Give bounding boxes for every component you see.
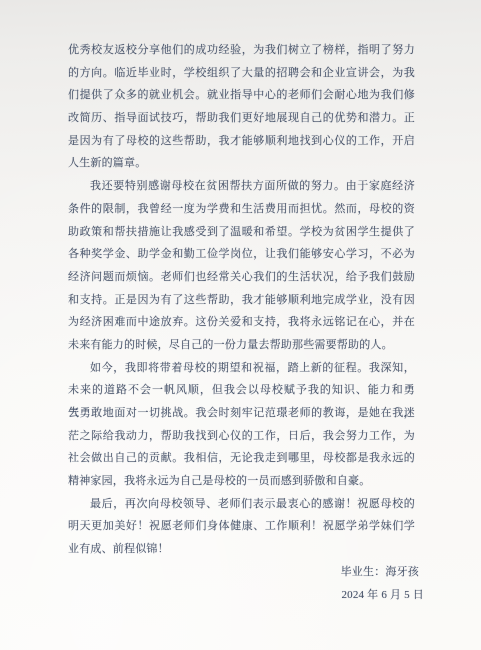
letter-line: 经济问题而烦恼。老师们也经常关心我们的生活状况，给予我们鼓励: [68, 266, 415, 289]
letter-line: 助政策和帮扶措施让我感受到了温暖和希望。学校为贫困学生提供了: [68, 221, 415, 244]
letter-line: 明天更加美好！祝愿老师们身体健康、工作顺利！祝愿学弟学妹们学: [68, 515, 415, 538]
letter-line: 茫之际给我动力，帮助我找到心仪的工作，日后，我会努力工作，为: [68, 425, 415, 448]
letter-line: 最后，再次向母校领导、老师们表示最衷心的感谢！祝愿母校的: [68, 493, 415, 516]
letter-body: 优秀校友返校分享他们的成功经验，为我们树立了榜样，指明了努力的方向。临近毕业时，…: [68, 39, 415, 606]
letter-line: 们提供了众多的就业机会。就业指导中心的老师们会耐心地为我们修: [68, 84, 415, 107]
letter-line: 是因为有了母校的这些帮助，我才能够顺利地找到心仪的工作，开启: [68, 130, 415, 153]
letter-line: 为经济困难而中途放弃。这份关爱和支持，我将永远铭记在心，并在: [68, 311, 415, 334]
letter-line: 社会做出自己的贡献。我相信，无论我走到哪里，母校都是我永远的: [68, 447, 415, 470]
letter-line: 去勇敢地面对一切挑战。我会时刻牢记范璟老师的教诲，是她在我迷: [68, 402, 415, 425]
letter-lines: 优秀校友返校分享他们的成功经验，为我们树立了榜样，指明了努力的方向。临近毕业时，…: [68, 39, 415, 561]
letter-line: 如今，我即将带着母校的期望和祝福，踏上新的征程。我深知，: [68, 357, 415, 380]
letter-line: 各种奖学金、助学金和勤工俭学岗位，让我们能够安心学习，不必为: [68, 243, 415, 266]
signature-line: 毕业生：海牙孩: [72, 561, 419, 584]
letter-line: 业有成、前程似锦！: [68, 538, 415, 561]
letter-line: 优秀校友返校分享他们的成功经验，为我们树立了榜样，指明了努力: [68, 39, 415, 62]
letter-line: 条件的限制，我曾经一度为学费和生活费用而担忧。然而，母校的资: [68, 198, 415, 221]
letter-line: 未来的道路不会一帆风顺，但我会以母校赋予我的知识、能力和勇气，: [68, 379, 415, 402]
letter-line: 我还要特别感谢母校在贫困帮扶方面所做的努力。由于家庭经济: [68, 175, 415, 198]
letter-line: 和支持。正是因为有了这些帮助，我才能够顺利地完成学业，没有因: [68, 289, 415, 312]
letter-line: 未来有能力的时候，尽自己的一份力量去帮助那些需要帮助的人。: [68, 334, 415, 357]
date-line: 2024 年 6 月 5 日: [77, 584, 424, 607]
letter-line: 人生新的篇章。: [68, 152, 415, 175]
letter-line: 精神家园，我将永远为自己是母校的一员而感到骄傲和自豪。: [68, 470, 415, 493]
letter-line: 改简历、指导面试技巧，帮助我们更好地展现自己的优势和潜力。正: [68, 107, 415, 130]
scanned-letter-page: 优秀校友返校分享他们的成功经验，为我们树立了榜样，指明了努力的方向。临近毕业时，…: [0, 0, 481, 650]
letter-line: 的方向。临近毕业时，学校组织了大量的招聘会和企业宣讲会，为我: [68, 62, 415, 85]
